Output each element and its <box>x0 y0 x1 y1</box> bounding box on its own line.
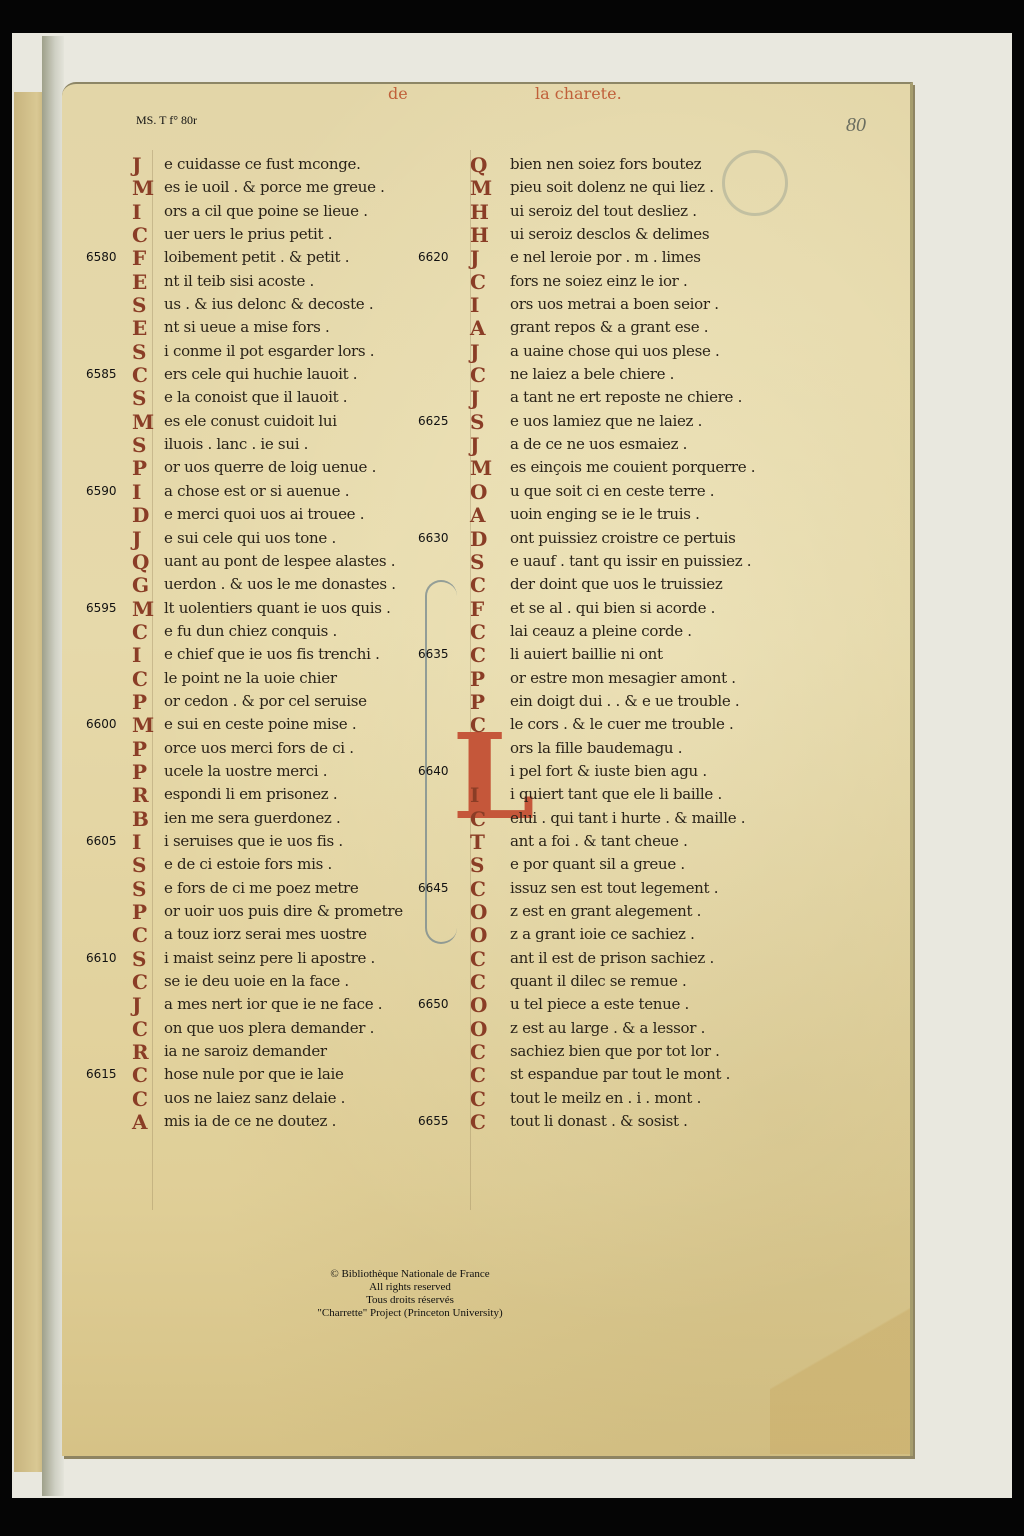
verse-text: e uauf . tant qu issir en puissiez . <box>510 552 751 570</box>
rubricated-initial: Q <box>470 153 487 177</box>
rubricated-initial: P <box>132 737 147 761</box>
verse-text: u que soit ci en ceste terre . <box>510 482 714 500</box>
line-number: 6595 <box>86 601 122 615</box>
verse-text: es ie uoil . & porce me greue . <box>164 178 385 196</box>
rubricated-initial: I <box>470 783 479 807</box>
verse-text: z est en grant alegement . <box>510 902 701 920</box>
verse-text: e de ci estoie fors mis . <box>164 855 332 873</box>
rubricated-initial: S <box>470 410 484 434</box>
rubricated-initial: S <box>132 293 146 317</box>
ruling-line-a <box>152 150 153 1210</box>
verse-text: pieu soit dolenz ne qui liez . <box>510 178 714 196</box>
verse-text: e cuidasse ce fust mconge. <box>164 155 361 173</box>
rubricated-initial: P <box>470 667 485 691</box>
line-number: 6600 <box>86 717 122 731</box>
rubricated-initial: G <box>132 573 149 597</box>
verse-text: on que uos plera demander . <box>164 1019 374 1037</box>
folio-corner-wear <box>770 1290 910 1454</box>
verse-text: ont puissiez croistre ce pertuis <box>510 529 736 547</box>
verse-text: ors a cil que poine se lieue . <box>164 202 368 220</box>
rubricated-initial: T <box>470 830 485 854</box>
verse-text: i maist seinz pere li apostre . <box>164 949 375 967</box>
verse-text: loibement petit . & petit . <box>164 248 349 266</box>
rubricated-initial: J <box>470 340 479 364</box>
rubricated-initial: C <box>470 713 486 737</box>
verse-text: nt si ueue a mise fors . <box>164 318 329 336</box>
rubricated-initial: J <box>132 153 141 177</box>
rubricated-initial: M <box>132 410 154 434</box>
verse-text: e merci quoi uos ai trouee . <box>164 505 364 523</box>
rubricated-initial: S <box>132 386 146 410</box>
verse-text: espondi li em prisonez . <box>164 785 337 803</box>
verse-text: i seruises que ie uos fis . <box>164 832 343 850</box>
rubricated-initial: S <box>132 877 146 901</box>
running-head-right: la charete. <box>535 84 622 103</box>
verse-text: ui seroiz del tout desliez . <box>510 202 697 220</box>
line-number: 6615 <box>86 1067 122 1081</box>
verse-text: e sui en ceste poine mise . <box>164 715 356 733</box>
verse-text: lai ceauz a pleine corde . <box>510 622 692 640</box>
verse-text: ucele la uostre merci . <box>164 762 327 780</box>
verse-text: li auiert baillie ni ont <box>510 645 663 663</box>
verse-text: z a grant ioie ce sachiez . <box>510 925 695 943</box>
verse-text: i conme il pot esgarder lors . <box>164 342 374 360</box>
verse-text: uer uers le prius petit . <box>164 225 332 243</box>
verse-text: z est au large . & a lessor . <box>510 1019 705 1037</box>
rubricated-initial: E <box>132 316 147 340</box>
verse-text: tout le meilz en . i . mont . <box>510 1089 701 1107</box>
rubricated-initial: Q <box>132 550 149 574</box>
rubricated-initial: S <box>132 853 146 877</box>
running-head-left: de <box>388 84 408 103</box>
rubricated-initial: J <box>132 993 141 1017</box>
verse-text: quant il dilec se remue . <box>510 972 686 990</box>
rubricated-initial: P <box>132 760 147 784</box>
verse-text: ein doigt dui . . & e ue trouble . <box>510 692 739 710</box>
verse-text: fors ne soiez einz le ior . <box>510 272 687 290</box>
rubricated-initial: S <box>132 947 146 971</box>
verse-text: e la conoist que il lauoit . <box>164 388 347 406</box>
line-number: 6620 <box>418 250 454 264</box>
verse-text: issuz sen est tout legement . <box>510 879 718 897</box>
verse-text: tout li donast . & sosist . <box>510 1112 688 1130</box>
verse-text: e uos lamiez que ne laiez . <box>510 412 702 430</box>
verse-text: lt uolentiers quant ie uos quis . <box>164 599 391 617</box>
rubricated-initial: M <box>132 713 154 737</box>
rubricated-initial: I <box>132 480 141 504</box>
rubricated-initial: C <box>132 923 148 947</box>
rubricated-initial: M <box>132 176 154 200</box>
verse-text: le point ne la uoie chier <box>164 669 337 687</box>
line-number: 6650 <box>418 997 454 1011</box>
rubricated-initial: A <box>470 316 486 340</box>
rubricated-initial: R <box>132 1040 149 1064</box>
rubricated-initial: J <box>470 386 479 410</box>
copyright-line: © Bibliothèque Nationale de France <box>285 1268 535 1281</box>
verse-text: a de ce ne uos esmaiez . <box>510 435 687 453</box>
verse-text: ors uos metrai a boen seior . <box>510 295 719 313</box>
verse-text: a tant ne ert reposte ne chiere . <box>510 388 742 406</box>
rubricated-initial: C <box>470 877 486 901</box>
copyright-line: "Charrette" Project (Princeton Universit… <box>285 1307 535 1320</box>
verse-text: ant a foi . & tant cheue . <box>510 832 688 850</box>
rubricated-initial: C <box>470 1063 486 1087</box>
verse-text: uoin enging se ie le truis . <box>510 505 700 523</box>
verse-text: a uaine chose qui uos plese . <box>510 342 720 360</box>
rubricated-initial: C <box>132 363 148 387</box>
rubricated-initial: I <box>132 643 141 667</box>
copyright-line: All rights reserved <box>285 1281 535 1294</box>
line-number: 6635 <box>418 647 454 661</box>
rubricated-initial: F <box>132 246 146 270</box>
rubricated-initial: M <box>470 456 492 480</box>
shelfmark-label: MS. T f° 80r <box>136 113 197 128</box>
verse-text: et se al . qui bien si acorde . <box>510 599 715 617</box>
line-number: 6605 <box>86 834 122 848</box>
verse-text: i pel fort & iuste bien agu . <box>510 762 707 780</box>
rubricated-initial: O <box>470 480 487 504</box>
rubricated-initial: E <box>132 270 147 294</box>
rubricated-initial: D <box>470 527 487 551</box>
verse-text: ant il est de prison sachiez . <box>510 949 714 967</box>
rubricated-initial: C <box>470 643 486 667</box>
rubricated-initial: C <box>132 223 148 247</box>
verse-text: us . & ius delonc & decoste . <box>164 295 373 313</box>
rubricated-initial: C <box>470 970 486 994</box>
rubricated-initial: A <box>132 1110 148 1134</box>
rubricated-initial: R <box>132 783 149 807</box>
rubricated-initial: C <box>132 970 148 994</box>
verse-text: ui seroiz desclos & delimes <box>510 225 709 243</box>
verse-text: a chose est or si auenue . <box>164 482 349 500</box>
rubricated-initial: C <box>470 620 486 644</box>
rubricated-initial: S <box>470 853 484 877</box>
verse-text: elui . qui tant i hurte . & maille . <box>510 809 745 827</box>
line-number: 6630 <box>418 531 454 545</box>
verse-text: hose nule por que ie laie <box>164 1065 344 1083</box>
verse-text: ers cele qui huchie lauoit . <box>164 365 357 383</box>
verse-text: or estre mon mesagier amont . <box>510 669 736 687</box>
rubricated-initial: D <box>132 503 149 527</box>
rubricated-initial: A <box>470 503 486 527</box>
rubricated-initial: M <box>132 597 154 621</box>
rubricated-initial: S <box>132 433 146 457</box>
verse-text: mis ia de ce ne doutez . <box>164 1112 336 1130</box>
line-number: 6655 <box>418 1114 454 1128</box>
rubricated-initial: C <box>470 270 486 294</box>
verse-text: e nel leroie por . m . limes <box>510 248 701 266</box>
verse-text: uant au pont de lespee alastes . <box>164 552 395 570</box>
verse-text: ors la fille baudemagu . <box>510 739 682 757</box>
verse-text: der doint que uos le truissiez <box>510 575 722 593</box>
rubricated-initial: C <box>470 1040 486 1064</box>
verse-text: u tel piece a este tenue . <box>510 995 689 1013</box>
rubricated-initial: C <box>132 667 148 691</box>
verse-text: e fu dun chiez conquis . <box>164 622 337 640</box>
rubricated-initial: I <box>470 293 479 317</box>
rubricated-initial: J <box>470 246 479 270</box>
rubricated-initial: O <box>470 1017 487 1041</box>
rubricated-initial: P <box>132 456 147 480</box>
verse-text: bien nen soiez fors boutez <box>510 155 701 173</box>
rubricated-initial: O <box>470 923 487 947</box>
rubricated-initial: C <box>132 1063 148 1087</box>
verse-text: ien me sera guerdonez . <box>164 809 340 827</box>
rubricated-initial: P <box>132 900 147 924</box>
rubricated-initial: J <box>132 527 141 551</box>
rubricated-initial: J <box>470 433 479 457</box>
rubricated-initial: I <box>132 830 141 854</box>
verse-text: e sui cele qui uos tone . <box>164 529 336 547</box>
rubricated-initial: F <box>470 597 484 621</box>
binding-gutter <box>42 36 64 1496</box>
verse-text: nt il teib sisi acoste . <box>164 272 314 290</box>
rubricated-initial: C <box>470 1110 486 1134</box>
verse-text: st espandue par tout le mont . <box>510 1065 730 1083</box>
verse-text: or cedon . & por cel seruise <box>164 692 367 710</box>
line-number: 6580 <box>86 250 122 264</box>
verse-text: or uos querre de loig uenue . <box>164 458 376 476</box>
verse-text: a touz iorz serai mes uostre <box>164 925 367 943</box>
rubricated-initial: C <box>132 1087 148 1111</box>
line-number: 6590 <box>86 484 122 498</box>
rubricated-initial: C <box>132 1017 148 1041</box>
rubricated-initial: H <box>470 200 489 224</box>
verse-text: es ele conust cuidoit lui <box>164 412 337 430</box>
rubricated-initial: S <box>470 550 484 574</box>
verse-text: ia ne saroiz demander <box>164 1042 327 1060</box>
rubricated-initial: C <box>132 620 148 644</box>
verse-text: sachiez bien que por tot lor . <box>510 1042 720 1060</box>
verse-text: uos ne laiez sanz delaie . <box>164 1089 345 1107</box>
rubricated-initial: C <box>470 573 486 597</box>
verse-text: a mes nert ior que ie ne face . <box>164 995 382 1013</box>
verse-text: iluois . lanc . ie sui . <box>164 435 308 453</box>
line-number: 6640 <box>418 764 454 778</box>
copyright-line: Tous droits réservés <box>285 1294 535 1307</box>
verse-text: e chief que ie uos fis trenchi . <box>164 645 380 663</box>
verse-text: or uoir uos puis dire & prometre <box>164 902 403 920</box>
rubricated-initial: P <box>470 690 485 714</box>
verse-text: ne laiez a bele chiere . <box>510 365 674 383</box>
rubricated-initial: M <box>470 176 492 200</box>
rubricated-initial: O <box>470 900 487 924</box>
line-number: 6610 <box>86 951 122 965</box>
verse-text: le cors . & le cuer me trouble . <box>510 715 733 733</box>
rubricated-initial: I <box>132 200 141 224</box>
verse-text: e por quant sil a greue . <box>510 855 685 873</box>
line-number: 6625 <box>418 414 454 428</box>
verse-text: grant repos & a grant ese . <box>510 318 708 336</box>
line-number: 6645 <box>418 881 454 895</box>
rubricated-initial: P <box>132 690 147 714</box>
show-through-initial <box>722 150 788 216</box>
rubricated-initial: S <box>132 340 146 364</box>
folio-number: 80 <box>846 114 866 137</box>
copyright-notice: © Bibliothèque Nationale de France All r… <box>285 1268 535 1320</box>
verse-text: uerdon . & uos le me donastes . <box>164 575 396 593</box>
verse-text: se ie deu uoie en la face . <box>164 972 349 990</box>
verse-text: i quiert tant que ele li baille . <box>510 785 722 803</box>
rubricated-initial: C <box>470 363 486 387</box>
rubricated-initial: H <box>470 223 489 247</box>
rubricated-initial: O <box>470 993 487 1017</box>
rubricated-initial: B <box>132 807 149 831</box>
rubricated-initial: C <box>470 1087 486 1111</box>
verse-text: es einçois me couient porquerre . <box>510 458 755 476</box>
line-number: 6585 <box>86 367 122 381</box>
rubricated-initial: C <box>470 807 486 831</box>
verse-text: orce uos merci fors de ci . <box>164 739 354 757</box>
rubricated-initial: C <box>470 947 486 971</box>
verse-text: e fors de ci me poez metre <box>164 879 359 897</box>
